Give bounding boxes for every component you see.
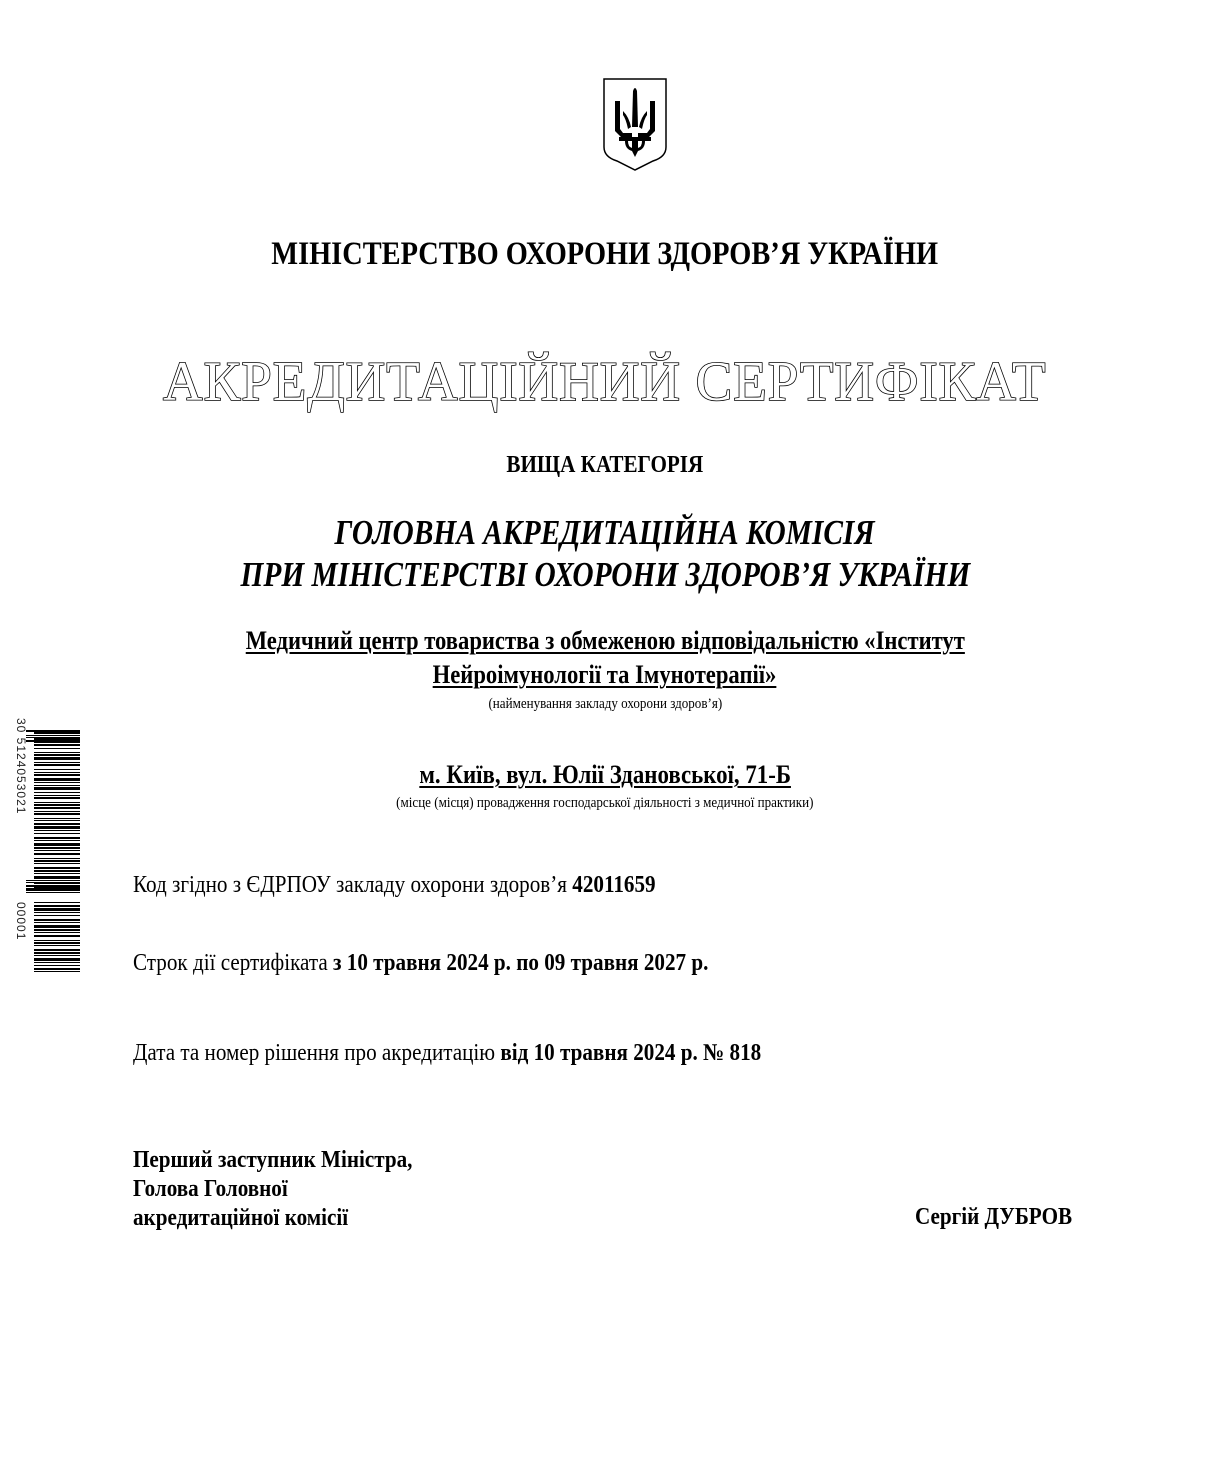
facility-address-caption: (місце (місця) провадження господарської… xyxy=(0,795,1210,812)
edrpou-value: 42011659 xyxy=(572,872,655,898)
ministry-heading: МІНІСТЕРСТВО ОХОРОНИ ЗДОРОВ’Я УКРАЇНИ xyxy=(0,236,1210,273)
validity-field: Строк дії сертифіката з 10 травня 2024 р… xyxy=(133,950,787,977)
facility-address: м. Київ, вул. Юлії Здановської, 71-Б xyxy=(0,760,1210,790)
decision-value: від 10 травня 2024 р. № 818 xyxy=(500,1040,761,1066)
signer-name: Сергій ДУБРОВ xyxy=(915,1204,1094,1231)
commission-heading: ГОЛОВНА АКРЕДИТАЦІЙНА КОМІСІЯ ПРИ МІНІСТ… xyxy=(0,512,1210,596)
facility-name: Медичний центр товариства з обмеженою ві… xyxy=(0,624,1210,692)
signer-position: Перший заступник Міністра, Голова Головн… xyxy=(133,1146,451,1233)
facility-name-caption: (найменування закладу охорони здоров’я) xyxy=(0,696,1210,713)
ukraine-coat-of-arms-icon xyxy=(601,77,669,172)
barcode-bars xyxy=(24,730,80,972)
decision-field: Дата та номер рішення про акредитацію ві… xyxy=(133,1040,847,1067)
category-label: ВИЩА КАТЕГОРІЯ xyxy=(0,452,1210,479)
validity-value: з 10 травня 2024 р. по 09 травня 2027 р. xyxy=(333,950,708,976)
certificate-title: АКРЕДИТАЦІЙНИЙ СЕРТИФІКАТ xyxy=(0,350,1210,414)
edrpou-field: Код згідно з ЄДРПОУ закладу охорони здор… xyxy=(133,872,727,899)
